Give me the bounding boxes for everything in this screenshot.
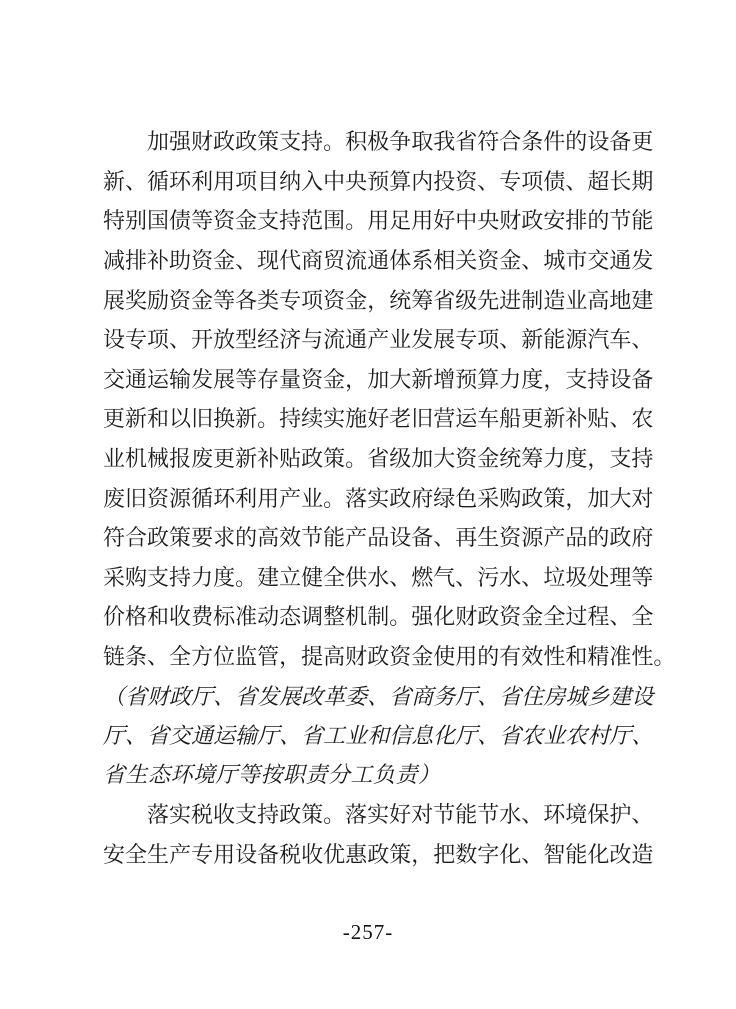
text-line: 价格和收费标准动态调整机制。强化财政资金全过程、全	[103, 596, 634, 636]
text-line: 展奖励资金等各类专项资金，统筹省级先进制造业高地建	[103, 279, 634, 319]
text-line: 新、循环利用项目纳入中央预算内投资、专项债、超长期	[103, 161, 634, 201]
text-line: 更新和以旧换新。持续实施好老旧营运车船更新补贴、农	[103, 398, 634, 438]
text-line: 业机械报废更新补贴政策。省级加大资金统筹力度，支持	[103, 438, 634, 478]
text-line: 符合政策要求的高效节能产品设备、再生资源产品的政府	[103, 517, 634, 557]
text-line: 设专项、开放型经济与流通产业发展专项、新能源汽车、	[103, 319, 634, 359]
text-line: 特别国债等资金支持范围。用足用好中央财政安排的节能	[103, 200, 634, 240]
text-line: 废旧资源循环利用产业。落实政府绿色采购政策，加大对	[103, 477, 634, 517]
page-number: -257-	[0, 920, 736, 945]
text-line: 交通运输发展等存量资金，加大新增预算力度，支持设备	[103, 359, 634, 399]
document-body: 加强财政政策支持。积极争取我省符合条件的设备更 新、循环利用项目纳入中央预算内投…	[103, 121, 634, 873]
text-line: 链条、全方位监管，提高财政资金使用的有效性和精准性。	[103, 636, 634, 676]
attribution-line: 厅、省交通运输厅、省工业和信息化厅、省农业农村厅、	[103, 715, 634, 755]
attribution-line: （省财政厅、省发展改革委、省商务厅、省住房城乡建设	[103, 675, 634, 715]
text-line: 采购支持力度。建立健全供水、燃气、污水、垃圾处理等	[103, 557, 634, 597]
text-line: 落实税收支持政策。落实好对节能节水、环境保护、	[103, 794, 634, 834]
attribution-line: 省生态环境厅等按职责分工负责）	[103, 755, 634, 795]
document-page: 加强财政政策支持。积极争取我省符合条件的设备更 新、循环利用项目纳入中央预算内投…	[0, 0, 736, 1009]
text-line: 减排补助资金、现代商贸流通体系相关资金、城市交通发	[103, 240, 634, 280]
text-line: 加强财政政策支持。积极争取我省符合条件的设备更	[103, 121, 634, 161]
text-line: 安全生产专用设备税收优惠政策，把数字化、智能化改造	[103, 834, 634, 874]
